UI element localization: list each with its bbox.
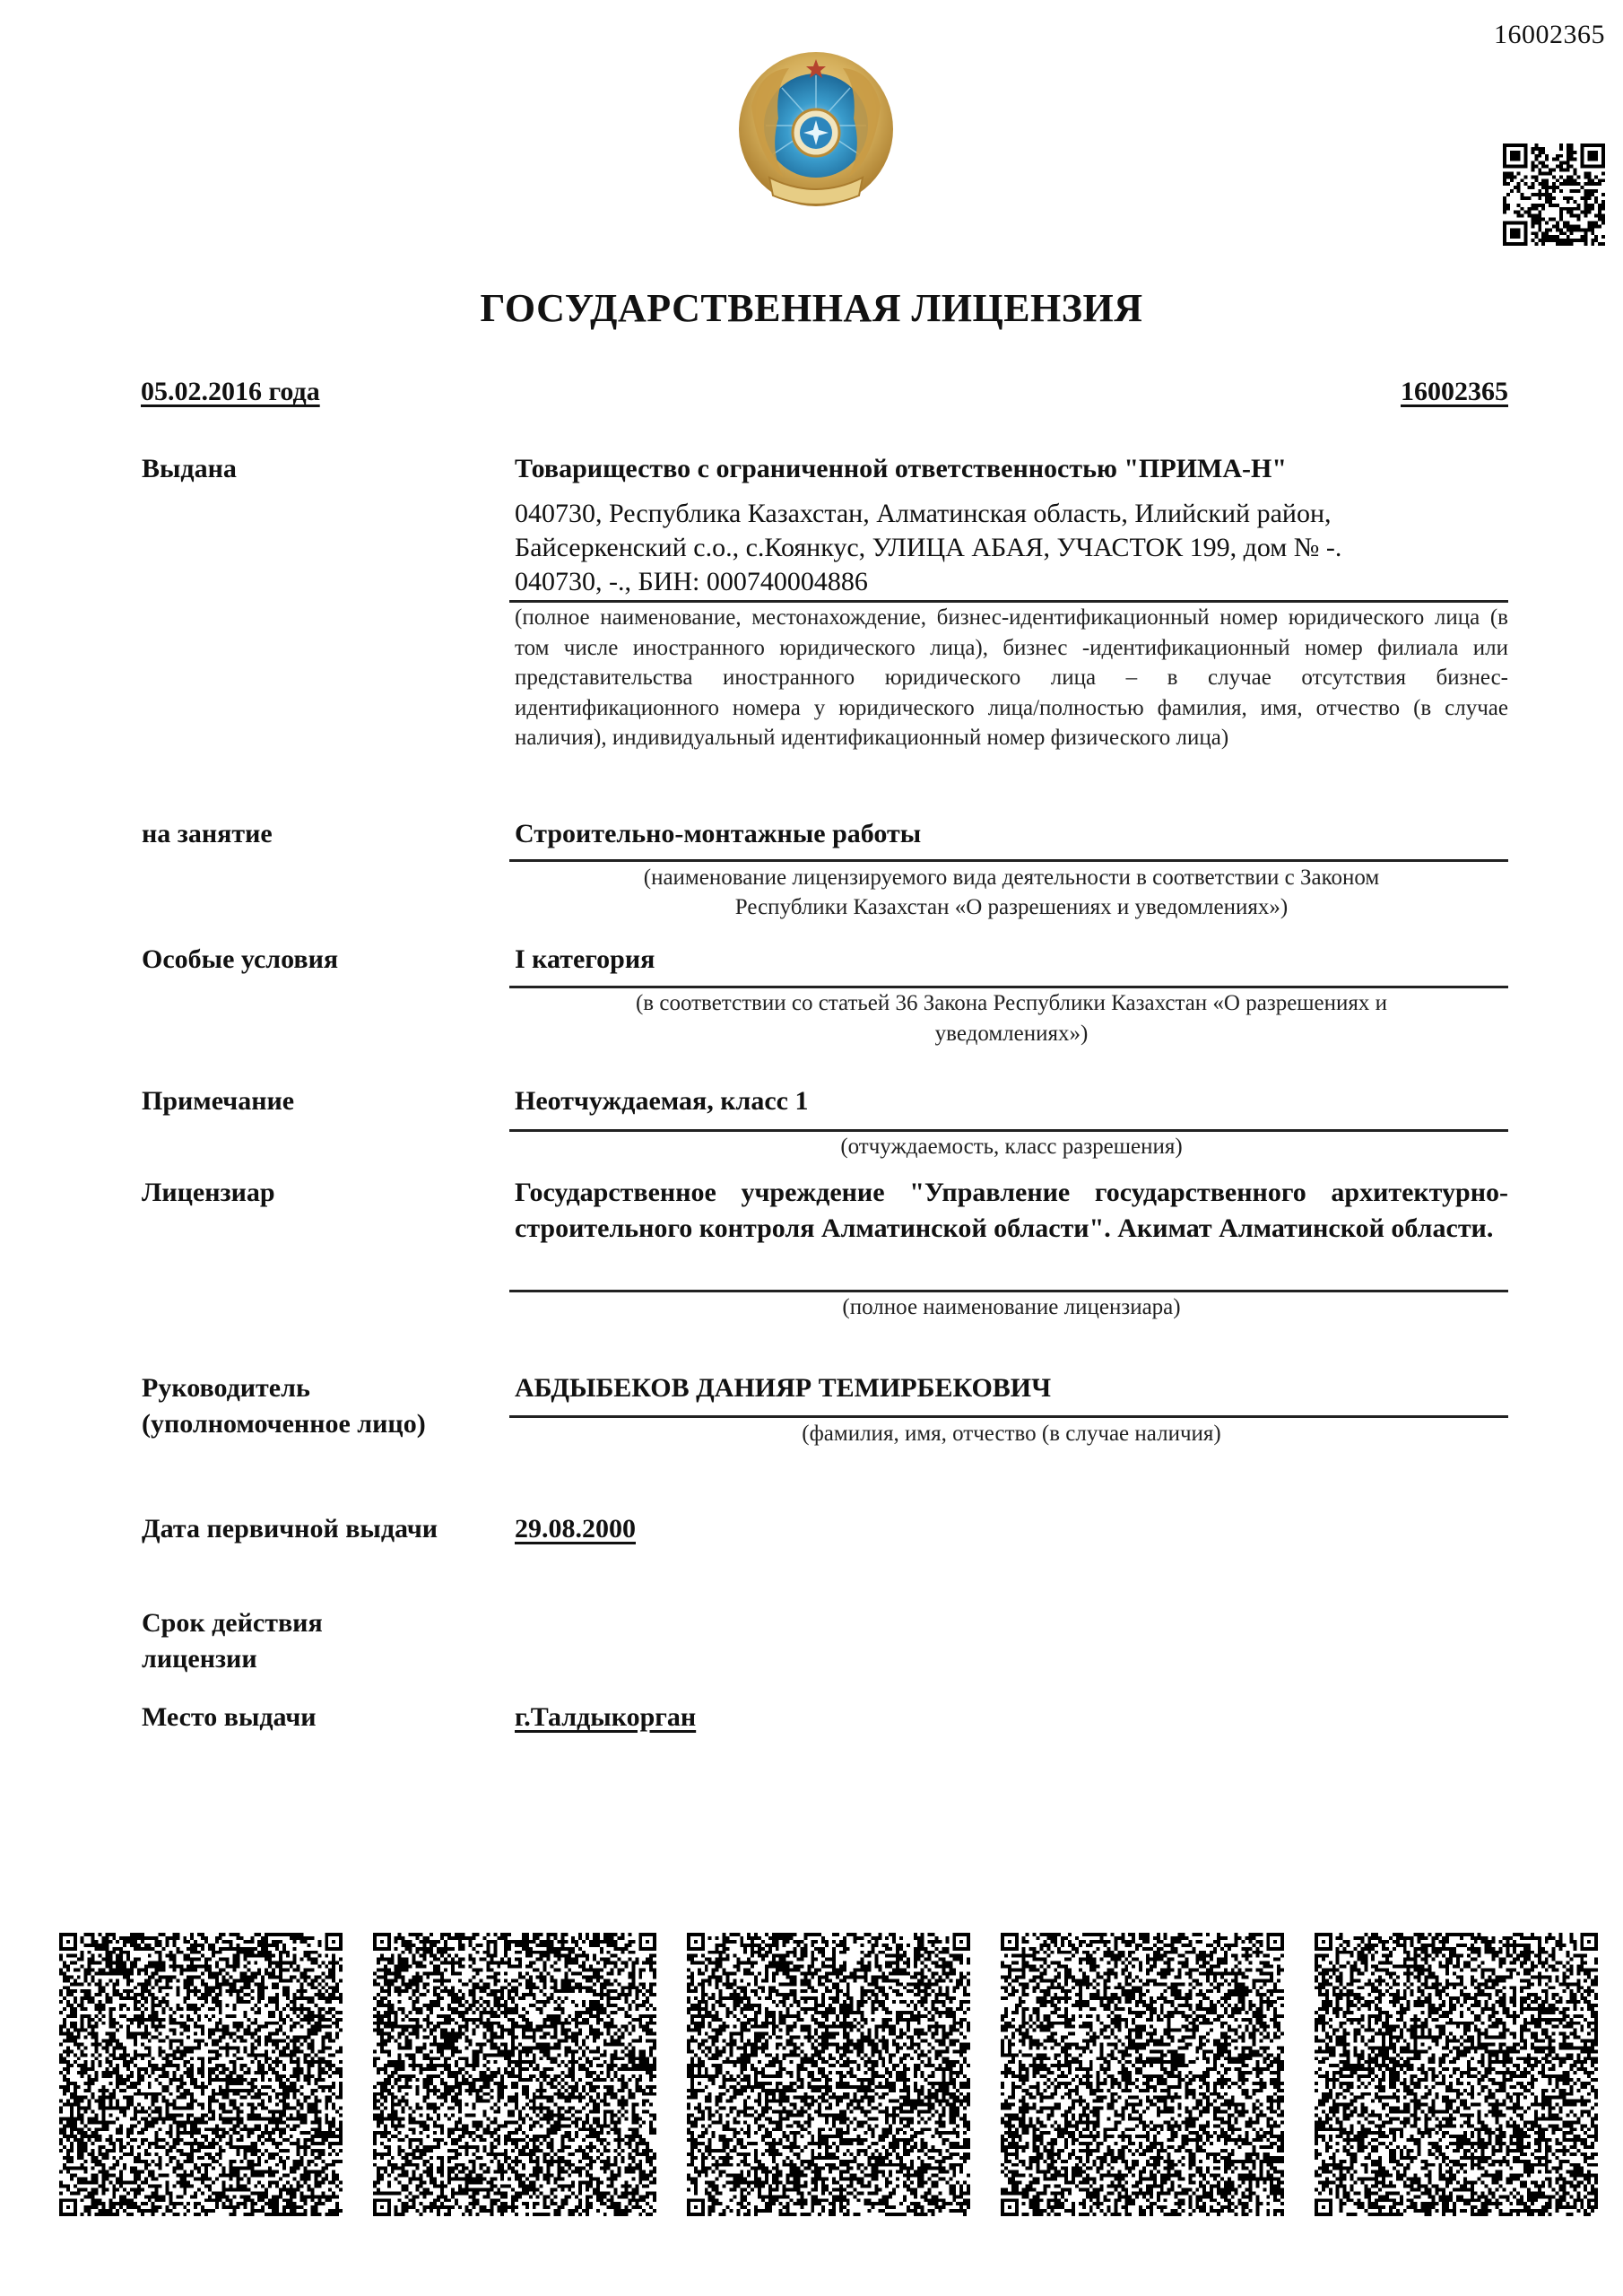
place-of-issue-value: г.Талдыкорган: [515, 1702, 696, 1732]
2d-barcode-icon: [1314, 1933, 1599, 2216]
licensor-label: Лицензиар: [142, 1175, 275, 1211]
kazakhstan-state-emblem-icon: [733, 43, 898, 222]
note-hint: (отчуждаемость, класс разрешения): [515, 1132, 1508, 1162]
activity-hint-line-1: (наименование лицензируемого вида деятел…: [515, 863, 1508, 893]
divider: [509, 859, 1508, 862]
head-hint: (фамилия, имя, отчество (в случае наличи…: [515, 1419, 1508, 1449]
issued-to-address-line-2: Байсеркенский с.о., с.Коянкус, УЛИЦА АБА…: [515, 530, 1508, 566]
first-issue-date-value: 29.08.2000: [515, 1514, 636, 1544]
issued-to-label: Выдана: [142, 451, 237, 487]
special-conditions-label: Особые условия: [142, 942, 338, 978]
special-conditions-hint-line-1: (в соответствии со статьей 36 Закона Рес…: [515, 988, 1508, 1019]
head-label-line-1: Руководитель: [142, 1370, 310, 1406]
2d-barcode-icon: [1000, 1933, 1285, 2216]
place-of-issue-label: Место выдачи: [142, 1700, 317, 1735]
licensor-hint: (полное наименование лицензиара): [515, 1292, 1508, 1323]
licensor-value: Государственное учреждение "Управление г…: [515, 1175, 1508, 1247]
issued-to-address-line-3: 040730, -., БИН: 000740004886: [515, 564, 1508, 600]
special-conditions-value: I категория: [515, 942, 1508, 978]
note-value: Неотчуждаемая, класс 1: [515, 1083, 1508, 1119]
page-title: ГОСУДАРСТВЕННАЯ ЛИЦЕНЗИЯ: [0, 285, 1623, 331]
validity-label-line-2: лицензии: [142, 1641, 257, 1677]
special-conditions-hint-line-2: уведомлениях»): [515, 1019, 1508, 1049]
activity-hint-line-2: Республики Казахстан «О разрешениях и ув…: [515, 892, 1508, 923]
head-label-line-2: (уполномоченное лицо): [142, 1406, 426, 1442]
note-label: Примечание: [142, 1083, 294, 1119]
issued-to-hint: (полное наименование, местонахождение, б…: [515, 603, 1508, 753]
validity-label-line-1: Срок действия: [142, 1605, 323, 1641]
divider: [509, 1415, 1508, 1418]
2d-barcode-icon: [372, 1933, 657, 2216]
head-value: АБДЫБЕКОВ ДАНИЯР ТЕМИРБЕКОВИЧ: [515, 1370, 1508, 1406]
2d-barcode-icon: [58, 1933, 343, 2216]
license-number: 16002365: [1401, 377, 1508, 407]
document-number-corner: 16002365: [1494, 20, 1605, 50]
issued-to-name: Товарищество с ограниченной ответственно…: [515, 451, 1508, 487]
first-issue-date-label: Дата первичной выдачи: [142, 1511, 438, 1547]
qr-code-icon: [1503, 143, 1605, 246]
activity-value: Строительно-монтажные работы: [515, 816, 1508, 852]
issue-date: 05.02.2016 года: [141, 377, 320, 407]
activity-label: на занятие: [142, 816, 273, 852]
2d-barcode-icon: [686, 1933, 971, 2216]
issued-to-address-line-1: 040730, Республика Казахстан, Алматинска…: [515, 496, 1508, 532]
